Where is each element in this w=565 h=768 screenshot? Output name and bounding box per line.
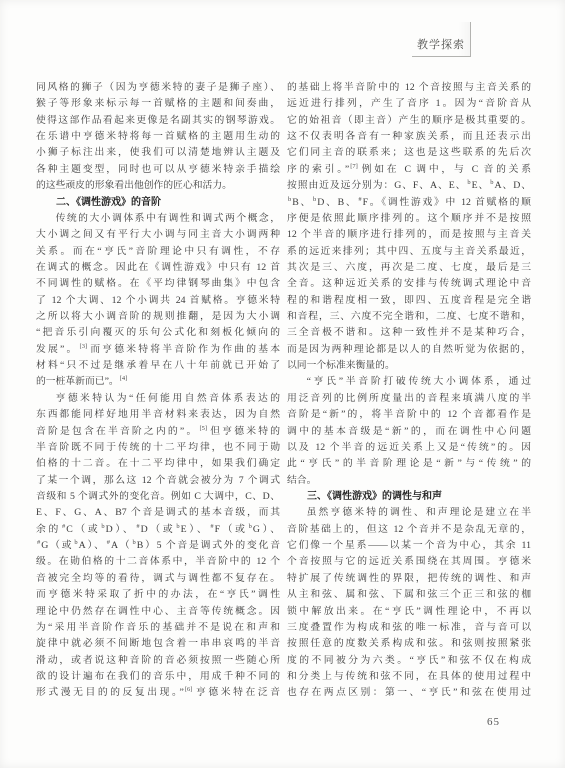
text-line: 个音按照与它的远近关系围绕在其周围。亨德米 <box>287 554 531 570</box>
text-line: bB、bD、B、#F。《调性游戏》中 12 首赋格的顺 <box>287 195 531 211</box>
text-line: 它们像一个星系——以某一个音为中心，其余 11 <box>287 538 531 554</box>
text-line: 之所以将大小调音阶的规则推翻，是因为大小调 <box>36 309 280 325</box>
accidental-sign: b <box>74 539 77 546</box>
text-line: 它们同主音的联系来；这也是这些联系的先后次 <box>287 145 531 161</box>
text-line: 音级和 5 个调式外的变化音。例如 C 大调中，C、D、 <box>36 489 280 505</box>
text-line: 材料“只不过是继承着早在八十年前就已开始了 <box>36 358 280 374</box>
accidental-sign: b <box>176 523 179 530</box>
accidental-sign: # <box>358 196 361 203</box>
section-heading: 三、《调性游戏》的调性与和声 <box>287 489 531 505</box>
accidental-sign: # <box>107 539 110 546</box>
accidental-sign: b <box>490 179 493 186</box>
text-line: 关系。而在“亨氏”音阶理论中只有调性，不存 <box>36 244 280 260</box>
text-line: 三度叠置作为构成和弦的唯一标准，音与音可以 <box>287 620 531 636</box>
text-line: 级。在勋伯格的十二音体系中，半音阶中的 12 个 <box>36 554 280 570</box>
section-heading: 二、《调性游戏》的音阶 <box>36 195 280 211</box>
text-line: 而亨德米特采取了折中的办法，在“亨氏”调性 <box>36 587 280 603</box>
page-number: 65 <box>487 716 500 728</box>
footnote-reference: [5] <box>199 425 207 432</box>
text-line: 猴子等形象来标示每一首赋格的主题和间奏曲， <box>36 96 280 112</box>
text-line: 不同调性的赋格。在《平均律钢琴曲集》中包含 <box>36 276 280 292</box>
section-header-label: 教学探索 <box>417 36 465 56</box>
text-line: 用泛音列的比例所度量出的音程来填满八度的半 <box>287 391 531 407</box>
text-line: 同风格的狮子（因为亨德米特的妻子是狮子座）、 <box>36 80 280 96</box>
text-line: 理论中仍然存在调性中心、主音等传统概念。因 <box>36 604 280 620</box>
text-line: 欲的设计遍布在我们的音乐中，用成千种不同的 <box>36 669 280 685</box>
text-line: “把音乐引向覆灭的乐句公式化和刻板化倾向的 <box>36 325 280 341</box>
text-line: 音阶基础上的，但这 12 个音并不是杂乱无章的， <box>287 522 531 538</box>
text-line: 在乐谱中亨德米特将每一首赋格的主题用生动的 <box>36 129 280 145</box>
footnote-reference: [3] <box>80 343 88 350</box>
text-line: 系的远近来排列；其中四、五度与主音关系最近， <box>287 244 531 260</box>
text-line: 传统的大小调体系中有调性和调式两个概念， <box>36 211 280 227</box>
footnote-reference: [7] <box>350 163 358 170</box>
accidental-sign: # <box>136 523 139 530</box>
text-line: 锁中解放出来。在“亨氏”调性理论中，不再以 <box>287 604 531 620</box>
accidental-sign: b <box>249 523 252 530</box>
text-line: 结合。 <box>287 473 531 489</box>
text-line: #G（或bA）、#A（bB）5 个音是调式外的变化音 <box>36 538 280 554</box>
text-line: 它的始祖音（即主音）产生的顺序是极其重要的。 <box>287 113 531 129</box>
text-line: 余的#C（或bD）、#D（或bE）、#F（或bG）、 <box>36 522 280 538</box>
text-line: 调中的基本音级是“新”的，而在调性中心问题 <box>287 424 531 440</box>
text-line: 此“亨氏”的半音阶理论是“新”与“传统”的 <box>287 456 531 472</box>
footnote-reference: [4] <box>120 375 128 382</box>
text-line: 形式漫无目的的反复出现。”[6]亨德米特在泛音 <box>36 685 280 701</box>
text-line: 滑动，或者说这种音阶的音必须按照一些随心所 <box>36 653 280 669</box>
text-line: 大小调之间又有平行大小调与同主音大小调两种 <box>36 227 280 243</box>
accidental-sign: # <box>210 523 213 530</box>
accidental-sign: b <box>467 179 470 186</box>
text-line: 东西都能同样好地用半音材料来表达，因为自然 <box>36 407 280 423</box>
text-line: 音阶是“新”的，将半音阶中的 12 个音都看作是 <box>287 407 531 423</box>
text-line: 旋律中就必须不间断地包含着一串串哀鸣的半音 <box>36 636 280 652</box>
text-line: 特扩展了传统调性的界限，把传统的调性、和声 <box>287 571 531 587</box>
text-line: 三全音极不谐和。这种一致性并不是某种巧合， <box>287 325 531 341</box>
text-line: 为“采用半音阶作音乐的基础并不是说在和声和 <box>36 620 280 636</box>
text-line: 序便是依照此顺序排列的。这个顺序并不是按照 <box>287 211 531 227</box>
text-line: 发展”。[3]而亨德米特将半音阶作为作曲的基本 <box>36 342 280 358</box>
text-line: 的这些顽皮的形象看出他创作的匠心和活力。 <box>36 178 280 194</box>
text-line: 也存在两点区别：第一、“亨氏”和弦在使用过 <box>287 685 531 701</box>
text-line: 全音。这种远近关系的安排与传统调式理论中音 <box>287 276 531 292</box>
accidental-sign: b <box>132 539 135 546</box>
text-line: 按照由近及远分别为：G、F、A、E、bE、bA、D、 <box>287 178 531 194</box>
journal-page: 教学探索 同风格的狮子（因为亨德米特的妻子是狮子座）、猴子等形象来标示每一首赋格… <box>0 0 565 768</box>
text-line: 而是因为两种理论都是以人的自然听觉为依据的， <box>287 342 531 358</box>
accidental-sign: # <box>62 523 65 530</box>
text-line: 半音阶既不同于传统的十二平均律，也不同于勋 <box>36 440 280 456</box>
text-line: “亨氏”半音阶打破传统大小调体系，通过 <box>287 374 531 390</box>
text-line: E、F、G、A、B7 个音是调式的基本音级，而其 <box>36 505 280 521</box>
section-header-box: 教学探索 <box>412 22 471 57</box>
accidental-sign: # <box>37 539 40 546</box>
text-line: 和音程，三、六度不完全谐和，二度、七度不谐和， <box>287 309 531 325</box>
text-line: 使得这部作品看起来更像是名副其实的钢琴游戏。 <box>36 113 280 129</box>
text-line: 的基础上将半音阶中的 12 个音按照与主音关系的 <box>287 80 531 96</box>
text-line: 程的和谐程度相一致，即四、五度音程是完全谐 <box>287 293 531 309</box>
text-line: 远近进行排列，产生了音序 1。因为“音阶音从 <box>287 96 531 112</box>
text-line: 在调式的概念。因此在《调性游戏》中只有 12 首 <box>36 260 280 276</box>
text-line: 伯格的十二音。在十二平均律中，如果我们确定 <box>36 456 280 472</box>
footnote-reference: [6] <box>185 686 193 693</box>
text-line: 小狮子标注出来，使我们可以清楚地辨认主题及 <box>36 145 280 161</box>
text-line: 按照任意的度数关系构成和弦。和弦则按照紧张 <box>287 636 531 652</box>
accidental-sign: b <box>288 196 291 203</box>
text-column-left: 同风格的狮子（因为亨德米特的妻子是狮子座）、猴子等形象来标示每一首赋格的主题和间… <box>36 80 280 702</box>
text-line: 从主和弦、属和弦、下属和弦三个正三和弦的枷 <box>287 587 531 603</box>
text-line: 其次是三、六度，再次是二度、七度，最后是三 <box>287 260 531 276</box>
text-line: 的一桩革新而已”。[4] <box>36 374 280 390</box>
accidental-sign: b <box>101 523 104 530</box>
text-line: 音阶是包含在半音阶之内的”。[5]但亨德米特的 <box>36 424 280 440</box>
text-line: 12 个半音的顺序进行排列的，而是按照与主音关 <box>287 227 531 243</box>
text-line: 度的不同被分为六类。“亨氏”和弦不仅在构成 <box>287 653 531 669</box>
text-line: 序的索引。”[7]例如在 C 调中，与 C 音的关系 <box>287 162 531 178</box>
text-line: 亨德米特认为“任何能用自然音体系表达的 <box>36 391 280 407</box>
text-line: 各种主题变型，同时也可以从亨德米特亲手描绘 <box>36 162 280 178</box>
text-column-right: 的基础上将半音阶中的 12 个音按照与主音关系的远近进行排列，产生了音序 1。因… <box>287 80 531 702</box>
text-line: 以及 12 个半音的远近关系上又是“传统”的。因 <box>287 440 531 456</box>
text-line: 音被完全均等的看待，调式与调性都不复存在。 <box>36 571 280 587</box>
accidental-sign: b <box>313 196 316 203</box>
text-line: 这不仅表明各音有一种家族关系，而且还表示出 <box>287 129 531 145</box>
text-line: 了某一个调，那么这 12 个音就会被分为 7 个调式 <box>36 473 280 489</box>
text-line: 和分类上与传统和弦不同，在具体的使用过程中 <box>287 669 531 685</box>
text-line: 虽然亨德米特的调性、和声理论是建立在半 <box>287 505 531 521</box>
text-line: 了 12 个大调、12 个小调共 24 首赋格。亨德米特 <box>36 293 280 309</box>
text-line: 以同一个标准来衡量的。 <box>287 358 531 374</box>
